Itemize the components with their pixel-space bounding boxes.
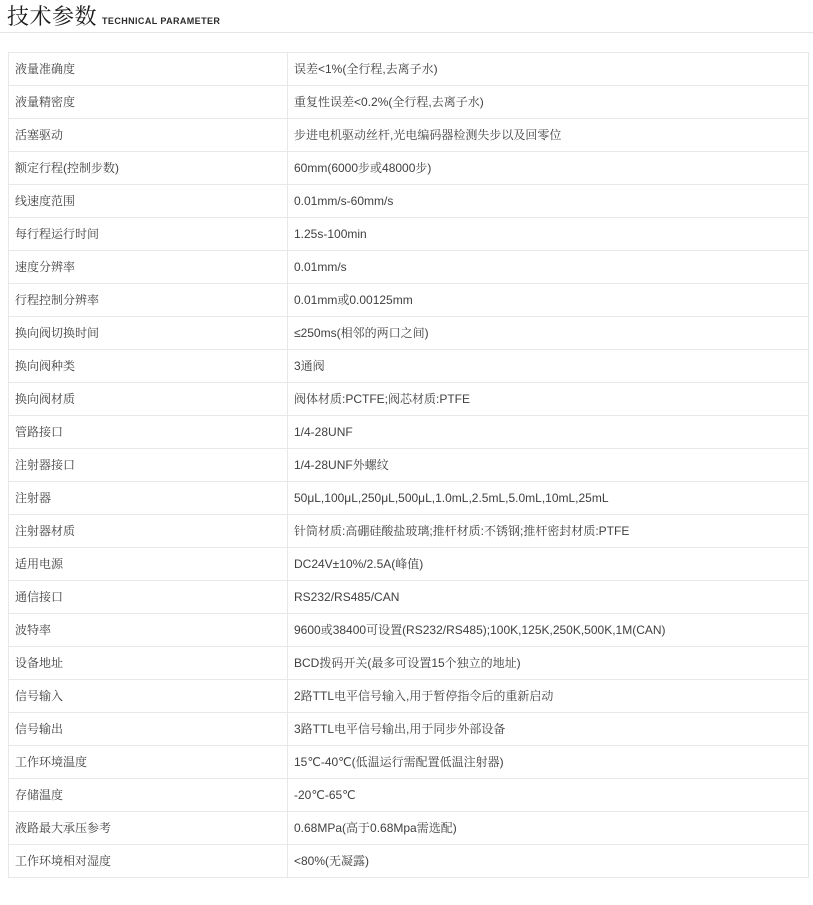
parameter-name-cell: 液量准确度	[9, 53, 288, 86]
parameter-value-cell: 1.25s-100min	[288, 218, 809, 251]
parameter-value-cell: 重复性误差<0.2%(全行程,去离子水)	[288, 86, 809, 119]
table-row: 设备地址 BCD拨码开关(最多可设置15个独立的地址)	[9, 647, 809, 680]
parameter-name-cell: 每行程运行时间	[9, 218, 288, 251]
parameter-value-cell: 1/4-28UNF	[288, 416, 809, 449]
parameter-value-cell: 0.01mm/s	[288, 251, 809, 284]
parameter-value-cell: DC24V±10%/2.5A(峰值)	[288, 548, 809, 581]
table-row: 注射器接口 1/4-28UNF外螺纹	[9, 449, 809, 482]
table-row: 液量精密度 重复性误差<0.2%(全行程,去离子水)	[9, 86, 809, 119]
parameter-value-cell: 0.01mm/s-60mm/s	[288, 185, 809, 218]
parameter-name-cell: 换向阀切换时间	[9, 317, 288, 350]
table-row: 行程控制分辨率 0.01mm或0.00125mm	[9, 284, 809, 317]
table-row: 存储温度 -20℃-65℃	[9, 779, 809, 812]
parameter-name-cell: 适用电源	[9, 548, 288, 581]
parameter-name-cell: 存储温度	[9, 779, 288, 812]
parameter-value-cell: 50μL,100μL,250μL,500μL,1.0mL,2.5mL,5.0mL…	[288, 482, 809, 515]
parameter-value-cell: 阀体材质:PCTFE;阀芯材质:PTFE	[288, 383, 809, 416]
table-row: 液量准确度 误差<1%(全行程,去离子水)	[9, 53, 809, 86]
parameter-value-cell: 2路TTL电平信号输入,用于暂停指令后的重新启动	[288, 680, 809, 713]
parameter-value-cell: 步进电机驱动丝杆,光电编码器检测失步以及回零位	[288, 119, 809, 152]
parameter-value-cell: 误差<1%(全行程,去离子水)	[288, 53, 809, 86]
parameter-value-cell: 1/4-28UNF外螺纹	[288, 449, 809, 482]
parameter-value-cell: 针筒材质:高硼硅酸盐玻璃;推杆材质:不锈钢;推杆密封材质:PTFE	[288, 515, 809, 548]
parameter-value-cell: 3路TTL电平信号输出,用于同步外部设备	[288, 713, 809, 746]
table-row: 波特率 9600或38400可设置(RS232/RS485);100K,125K…	[9, 614, 809, 647]
parameter-value-cell: 0.68MPa(高于0.68Mpa需选配)	[288, 812, 809, 845]
section-header: 技术参数TECHNICAL PARAMETER	[0, 0, 813, 33]
table-row: 活塞驱动 步进电机驱动丝杆,光电编码器检测失步以及回零位	[9, 119, 809, 152]
parameter-name-cell: 注射器接口	[9, 449, 288, 482]
parameter-value-cell: <80%(无凝露)	[288, 845, 809, 878]
parameter-name-cell: 工作环境相对湿度	[9, 845, 288, 878]
table-row: 液路最大承压参考 0.68MPa(高于0.68Mpa需选配)	[9, 812, 809, 845]
table-row: 信号输入 2路TTL电平信号输入,用于暂停指令后的重新启动	[9, 680, 809, 713]
page-title: 技术参数	[7, 4, 97, 29]
parameter-value-cell: -20℃-65℃	[288, 779, 809, 812]
parameter-name-cell: 工作环境温度	[9, 746, 288, 779]
parameter-table-body: 液量准确度 误差<1%(全行程,去离子水) 液量精密度 重复性误差<0.2%(全…	[9, 53, 809, 878]
table-row: 工作环境温度 15℃-40℃(低温运行需配置低温注射器)	[9, 746, 809, 779]
parameter-name-cell: 行程控制分辨率	[9, 284, 288, 317]
parameter-name-cell: 设备地址	[9, 647, 288, 680]
parameter-value-cell: 3通阀	[288, 350, 809, 383]
table-row: 速度分辨率 0.01mm/s	[9, 251, 809, 284]
parameter-name-cell: 速度分辨率	[9, 251, 288, 284]
table-row: 换向阀材质 阀体材质:PCTFE;阀芯材质:PTFE	[9, 383, 809, 416]
table-row: 换向阀种类 3通阀	[9, 350, 809, 383]
parameter-table: 液量准确度 误差<1%(全行程,去离子水) 液量精密度 重复性误差<0.2%(全…	[8, 52, 809, 878]
parameter-name-cell: 信号输出	[9, 713, 288, 746]
table-row: 每行程运行时间 1.25s-100min	[9, 218, 809, 251]
technical-parameter-section: 技术参数TECHNICAL PARAMETER 液量准确度 误差<1%(全行程,…	[0, 0, 813, 878]
parameter-value-cell: 9600或38400可设置(RS232/RS485);100K,125K,250…	[288, 614, 809, 647]
parameter-value-cell: 60mm(6000步或48000步)	[288, 152, 809, 185]
parameter-name-cell: 管路接口	[9, 416, 288, 449]
table-row: 适用电源 DC24V±10%/2.5A(峰值)	[9, 548, 809, 581]
parameter-value-cell: BCD拨码开关(最多可设置15个独立的地址)	[288, 647, 809, 680]
table-row: 换向阀切换时间 ≤250ms(相邻的两口之间)	[9, 317, 809, 350]
parameter-name-cell: 注射器	[9, 482, 288, 515]
parameter-name-cell: 注射器材质	[9, 515, 288, 548]
parameter-name-cell: 信号输入	[9, 680, 288, 713]
parameter-name-cell: 液量精密度	[9, 86, 288, 119]
page-subtitle: TECHNICAL PARAMETER	[102, 16, 220, 26]
parameter-name-cell: 波特率	[9, 614, 288, 647]
table-row: 通信接口 RS232/RS485/CAN	[9, 581, 809, 614]
parameter-name-cell: 线速度范围	[9, 185, 288, 218]
parameter-name-cell: 活塞驱动	[9, 119, 288, 152]
table-row: 注射器 50μL,100μL,250μL,500μL,1.0mL,2.5mL,5…	[9, 482, 809, 515]
parameter-name-cell: 通信接口	[9, 581, 288, 614]
parameter-name-cell: 换向阀材质	[9, 383, 288, 416]
table-row: 工作环境相对湿度 <80%(无凝露)	[9, 845, 809, 878]
table-row: 注射器材质 针筒材质:高硼硅酸盐玻璃;推杆材质:不锈钢;推杆密封材质:PTFE	[9, 515, 809, 548]
parameter-value-cell: RS232/RS485/CAN	[288, 581, 809, 614]
table-row: 信号输出 3路TTL电平信号输出,用于同步外部设备	[9, 713, 809, 746]
parameter-value-cell: ≤250ms(相邻的两口之间)	[288, 317, 809, 350]
parameter-name-cell: 液路最大承压参考	[9, 812, 288, 845]
parameter-name-cell: 换向阀种类	[9, 350, 288, 383]
table-row: 管路接口 1/4-28UNF	[9, 416, 809, 449]
parameter-name-cell: 额定行程(控制步数)	[9, 152, 288, 185]
table-row: 额定行程(控制步数) 60mm(6000步或48000步)	[9, 152, 809, 185]
parameter-value-cell: 0.01mm或0.00125mm	[288, 284, 809, 317]
parameter-value-cell: 15℃-40℃(低温运行需配置低温注射器)	[288, 746, 809, 779]
table-row: 线速度范围 0.01mm/s-60mm/s	[9, 185, 809, 218]
